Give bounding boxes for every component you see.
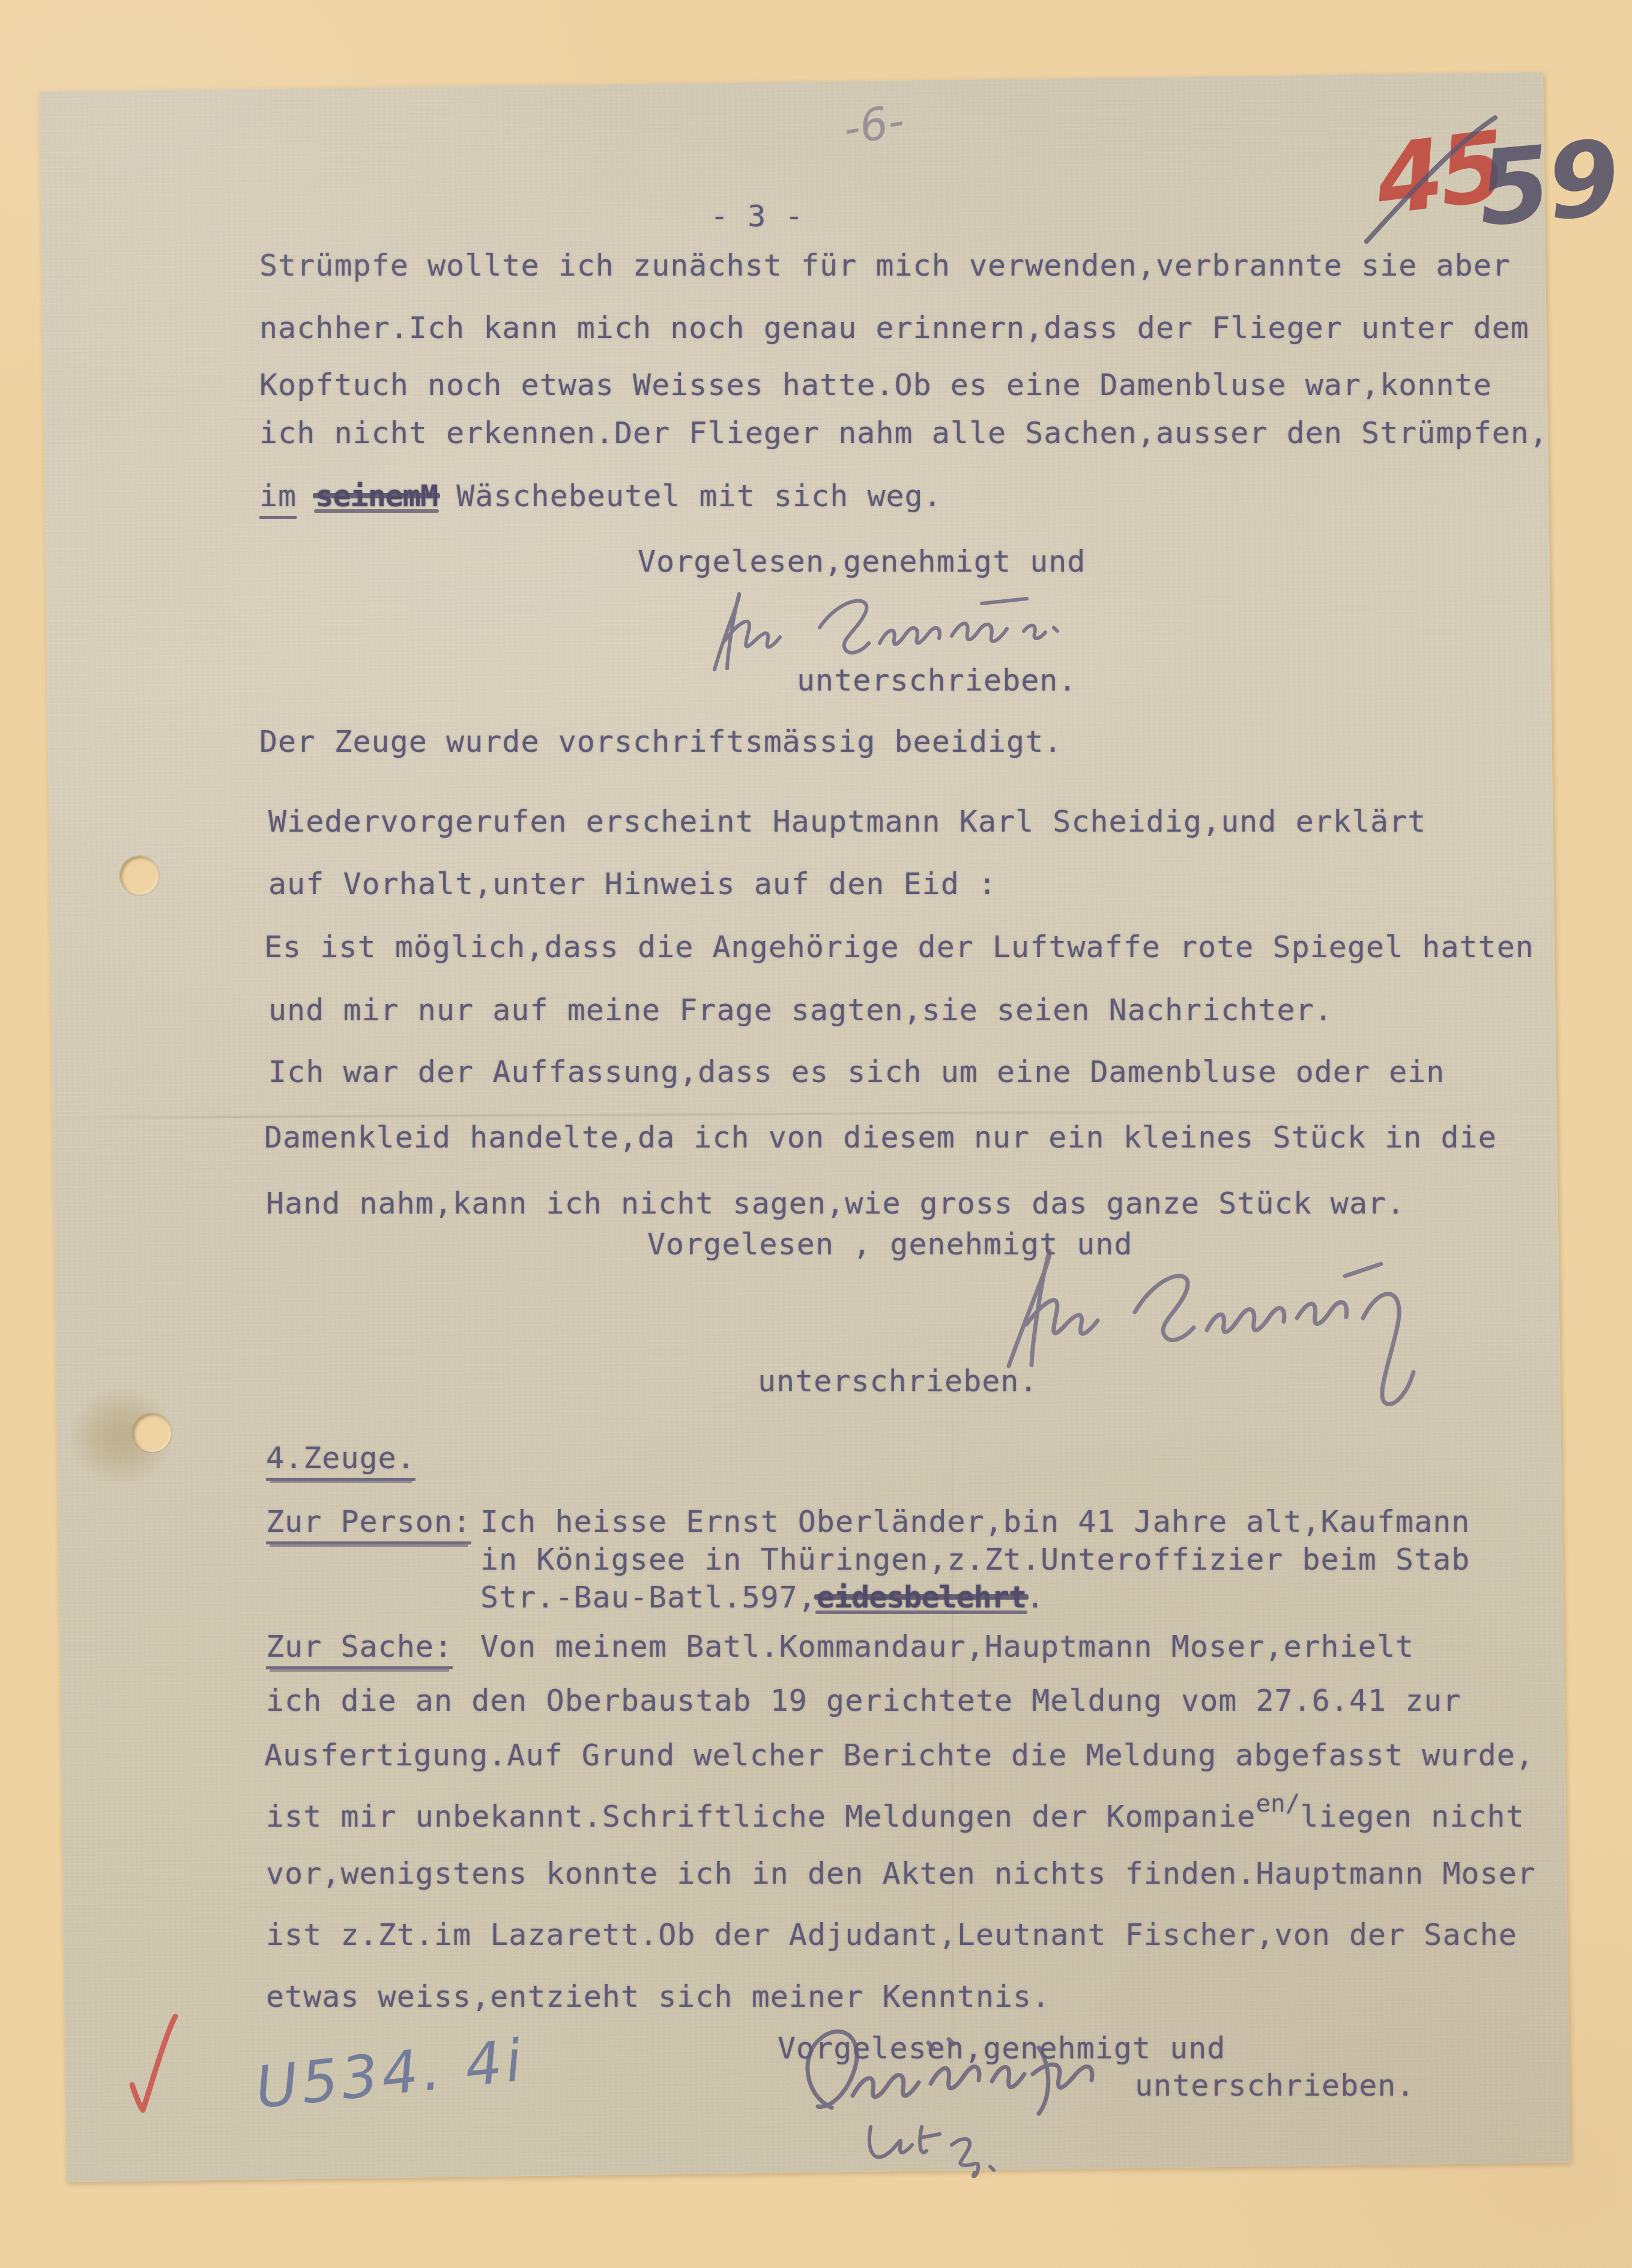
superscript-insertion: en/ [1256,1789,1300,1818]
body-line: ich die an den Oberbaustab 19 gerichtete… [266,1683,1461,1719]
body-line: Hand nahm,kann ich nicht sagen,wie gross… [266,1185,1405,1221]
body-line: und mir nur auf meine Frage sagten,sie s… [268,992,1333,1028]
body-line: Es ist möglich,dass die Angehörige der L… [264,929,1534,965]
pencil-note-top: -6- [840,95,908,156]
attestation-signed-line: unterschrieben. [758,1363,1038,1399]
body-line: Kopftuch noch etwas Weisses hatte.Ob es … [259,367,1492,403]
body-line: ich nicht erkennen.Der Flieger nahm alle… [259,415,1548,451]
attestation-signed-line: unterschrieben. [1135,2067,1415,2103]
struck-word: eidesbelehrt [817,1579,1026,1615]
page-stamp-number: 59 [1473,117,1622,249]
signature-rank-uffz [856,2109,1012,2199]
body-line-with-insertion: ist mir unbekannt.Schriftliche Meldungen… [266,1798,1525,1836]
document-scan: -6- 45 59 - 3 - Strümpfe wollte ich zunä… [0,0,1632,2268]
zur-person-line-with-correction: Str.-Bau-Batl.597,eidesbelehrt. [480,1579,1045,1615]
zur-sache-line: Von meinem Batl.Kommandaur,Hauptmann Mos… [480,1628,1414,1665]
body-line: Wiedervorgerufen erscheint Hauptmann Kar… [268,803,1426,839]
body-line: etwas weiss,entzieht sich meiner Kenntni… [266,1979,1050,2015]
witness4-heading-text: 4.Zeuge. [266,1441,416,1481]
body-line: vor,wenigstens konnte ich in den Akten n… [266,1855,1536,1892]
body-line: nachher.Ich kann mich noch genau erinner… [259,310,1529,346]
body-line: ist z.Zt.im Lazarett.Ob der Adjudant,Leu… [266,1917,1517,1953]
zur-sache-label-text: Zur Sache: [266,1629,453,1669]
line-start: Str.-Bau-Batl.597, [480,1580,817,1615]
line-end: liegen nicht [1301,1799,1525,1834]
hole-punch-top [120,856,159,895]
body-line: Ich war der Auffassung,dass es sich um e… [268,1054,1445,1090]
witness4-heading: 4.Zeuge. [266,1440,416,1476]
zur-person-line: in Königsee in Thüringen,z.Zt.Unteroffiz… [480,1541,1470,1577]
line-start: ist mir unbekannt.Schriftliche Meldungen… [266,1799,1256,1834]
signature-karl-schmidig [985,1240,1465,1420]
body-line-with-correction: im seinemM Wäschebeutel mit sich weg. [259,478,942,514]
page-number: - 3 - [710,198,804,234]
attestation-approved-line: Vorgelesen,genehmigt und [638,543,1086,579]
underlined-word: im [259,479,297,519]
zur-person-label: Zur Person: [266,1504,471,1540]
hole-punch-bottom [133,1414,171,1452]
zur-person-line: Ich heisse Ernst Oberländer,bin 41 Jahre… [480,1504,1470,1540]
red-checkmark [127,2013,181,2121]
struck-word: seinemM [315,478,438,514]
oath-line: Der Zeuge wurde vorschriftsmässig beeidi… [259,724,1062,760]
zur-sache-label: Zur Sache: [266,1628,453,1665]
body-line: Damenkleid handelte,da ich von diesem nu… [264,1119,1497,1155]
line-remainder: Wäschebeutel mit sich weg. [438,479,942,513]
body-line: Ausfertigung.Auf Grund welcher Berichte … [264,1737,1534,1773]
attestation-signed-line: unterschrieben. [797,662,1077,698]
body-line: auf Vorhalt,unter Hinweis auf den Eid : [268,866,997,902]
line-end: . [1026,1580,1045,1615]
zur-person-label-text: Zur Person: [266,1504,471,1544]
body-line: Strümpfe wollte ich zunächst für mich ve… [259,247,1511,283]
